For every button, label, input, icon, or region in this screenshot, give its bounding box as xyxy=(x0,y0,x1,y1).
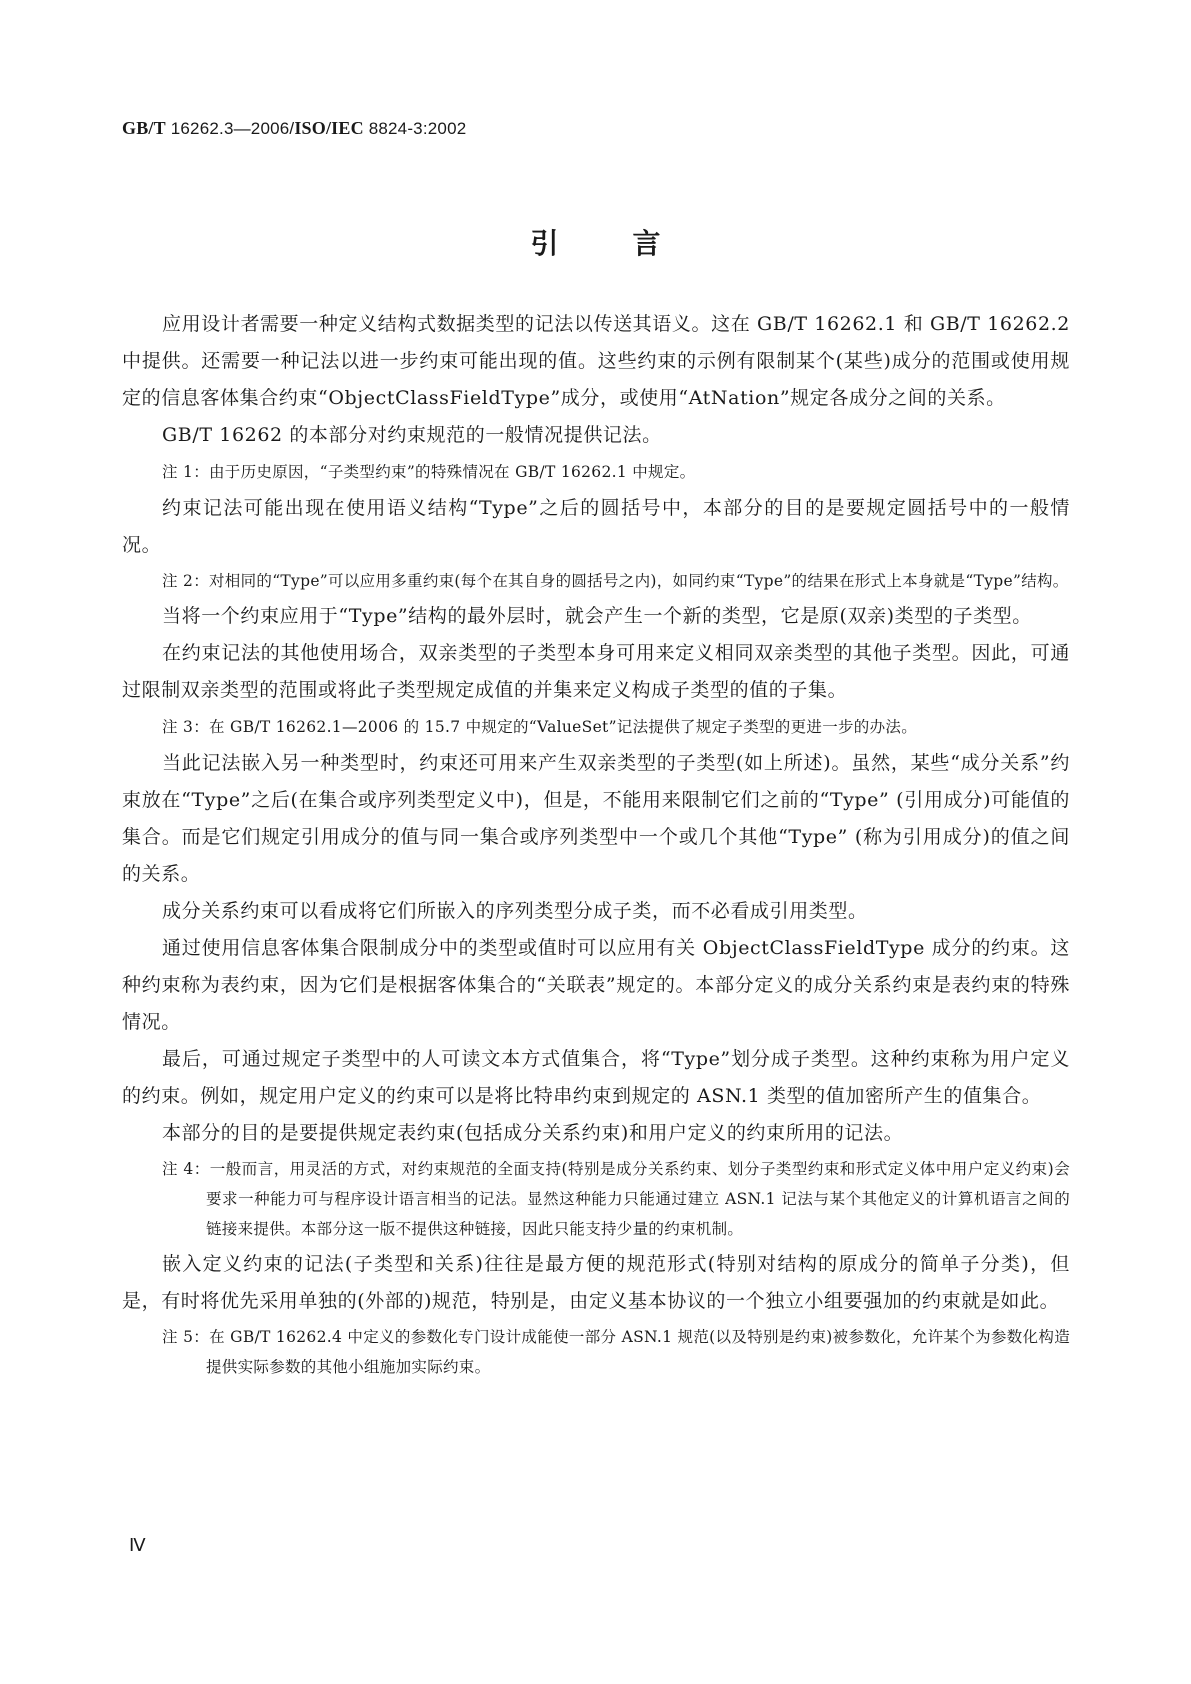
paragraph-4: 当将一个约束应用于“Type”结构的最外层时，就会产生一个新的类型，它是原(双亲… xyxy=(122,598,1070,635)
title-char-2: 言 xyxy=(633,222,661,262)
document-body: 应用设计者需要一种定义结构式数据类型的记法以传送其语义。这在 GB/T 1626… xyxy=(122,306,1070,1384)
paragraph-9: 最后，可通过规定子类型中的人可读文本方式值集合，将“Type”划分成子类型。这种… xyxy=(122,1041,1070,1115)
page-title: 引言 xyxy=(0,222,1191,262)
title-char-1: 引 xyxy=(530,222,558,262)
note-4: 注 4：一般而言，用灵活的方式，对约束规范的全面支持(特别是成分关系约束、划分子… xyxy=(162,1154,1070,1244)
paragraph-6: 当此记法嵌入另一种类型时，约束还可用来产生双亲类型的子类型(如上所述)。虽然，某… xyxy=(122,745,1070,893)
note-2: 注 2：对相同的“Type”可以应用多重约束(每个在其自身的圆括号之内)，如同约… xyxy=(162,566,1070,596)
page-number: Ⅳ xyxy=(129,1535,145,1556)
paragraph-7: 成分关系约束可以看成将它们所嵌入的序列类型分成子类，而不必看成引用类型。 xyxy=(122,893,1070,930)
header-iso-number: 8824-3:2002 xyxy=(364,119,467,138)
header-standard-number: 16262.3—2006/ xyxy=(166,119,295,138)
note-3: 注 3：在 GB/T 16262.1—2006 的 15.7 中规定的“Valu… xyxy=(162,711,1070,743)
paragraph-11: 嵌入定义约束的记法(子类型和关系)往往是最方便的规范形式(特别对结构的原成分的简… xyxy=(122,1246,1070,1320)
paragraph-3: 约束记法可能出现在使用语义结构“Type”之后的圆括号中，本部分的目的是要规定圆… xyxy=(122,490,1070,564)
note-1: 注 1：由于历史原因，“子类型约束”的特殊情况在 GB/T 16262.1 中规… xyxy=(162,456,1070,488)
header-iso-iec: ISO/IEC xyxy=(294,118,363,138)
paragraph-5: 在约束记法的其他使用场合，双亲类型的子类型本身可用来定义相同双亲类型的其他子类型… xyxy=(122,635,1070,709)
header-gbt: GB/T xyxy=(122,118,166,138)
paragraph-2: GB/T 16262 的本部分对约束规范的一般情况提供记法。 xyxy=(122,417,1070,454)
note-5: 注 5：在 GB/T 16262.4 中定义的参数化专门设计成能使一部分 ASN… xyxy=(162,1322,1070,1382)
document-header: GB/T 16262.3—2006/ISO/IEC 8824-3:2002 xyxy=(122,118,466,139)
paragraph-1: 应用设计者需要一种定义结构式数据类型的记法以传送其语义。这在 GB/T 1626… xyxy=(122,306,1070,417)
paragraph-8: 通过使用信息客体集合限制成分中的类型或值时可以应用有关 ObjectClassF… xyxy=(122,930,1070,1041)
paragraph-10: 本部分的目的是要提供规定表约束(包括成分关系约束)和用户定义的约束所用的记法。 xyxy=(122,1115,1070,1152)
